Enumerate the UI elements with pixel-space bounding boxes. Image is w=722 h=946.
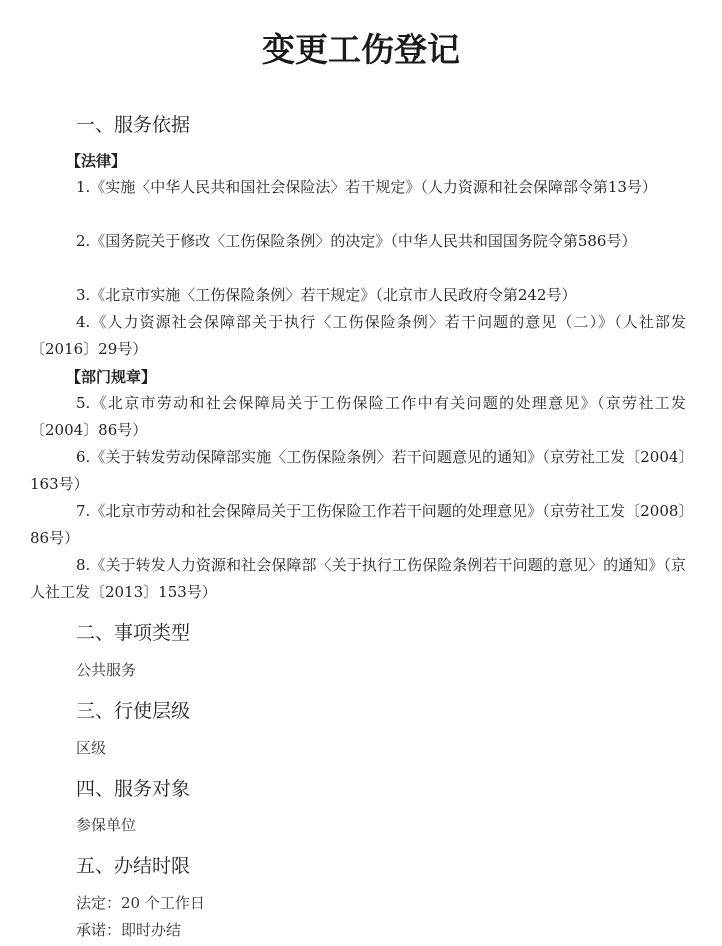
- section-heading-exercise-level: 三、行使层级: [76, 698, 190, 724]
- list-item: 5.《北京市劳动和社会保障局关于工伤保险工作中有关问题的处理意见》（京劳社工发〔…: [30, 390, 686, 444]
- list-item: 2.《国务院关于修改〈工伤保险条例〉的决定》（中华人民共和国国务院令第586号）: [30, 228, 686, 255]
- item-type-value: 公共服务: [76, 657, 136, 684]
- section-heading-time-limit: 五、办结时限: [76, 853, 190, 879]
- group-label-law: 【法律】: [66, 150, 126, 172]
- list-item: 1.《实施〈中华人民共和国社会保险法〉若干规定》（人力资源和社会保障部令第13号…: [30, 174, 686, 201]
- list-item: 8.《关于转发人力资源和社会保障部〈关于执行工伤保险条例若干问题的意见〉的通知》…: [30, 552, 686, 606]
- service-target-value: 参保单位: [76, 812, 136, 839]
- section-heading-service-target: 四、服务对象: [76, 776, 190, 802]
- list-item: 4.《人力资源社会保障部关于执行〈工伤保险条例〉若干问题的意见（二）》（人社部发…: [30, 309, 686, 363]
- list-item: 7.《北京市劳动和社会保障局关于工伤保险工作若干问题的处理意见》（京劳社工发〔2…: [30, 498, 686, 552]
- list-item: 3.《北京市实施〈工伤保险条例〉若干规定》（北京市人民政府令第242号）: [30, 282, 686, 309]
- time-limit-statutory: 法定：20 个工作日: [76, 890, 205, 917]
- document-page: 变更工伤登记 一、服务依据 【法律】 1.《实施〈中华人民共和国社会保险法〉若干…: [0, 0, 722, 946]
- exercise-level-value: 区级: [76, 735, 106, 762]
- page-title: 变更工伤登记: [0, 28, 722, 72]
- group-label-department-rules: 【部门规章】: [66, 366, 156, 388]
- section-heading-service-basis: 一、服务依据: [76, 112, 190, 138]
- time-limit-promised: 承诺：即时办结: [76, 917, 181, 944]
- list-item: 6.《关于转发劳动保障部实施〈工伤保险条例〉若干问题意见的通知》（京劳社工发〔2…: [30, 444, 686, 498]
- section-heading-item-type: 二、事项类型: [76, 620, 190, 646]
